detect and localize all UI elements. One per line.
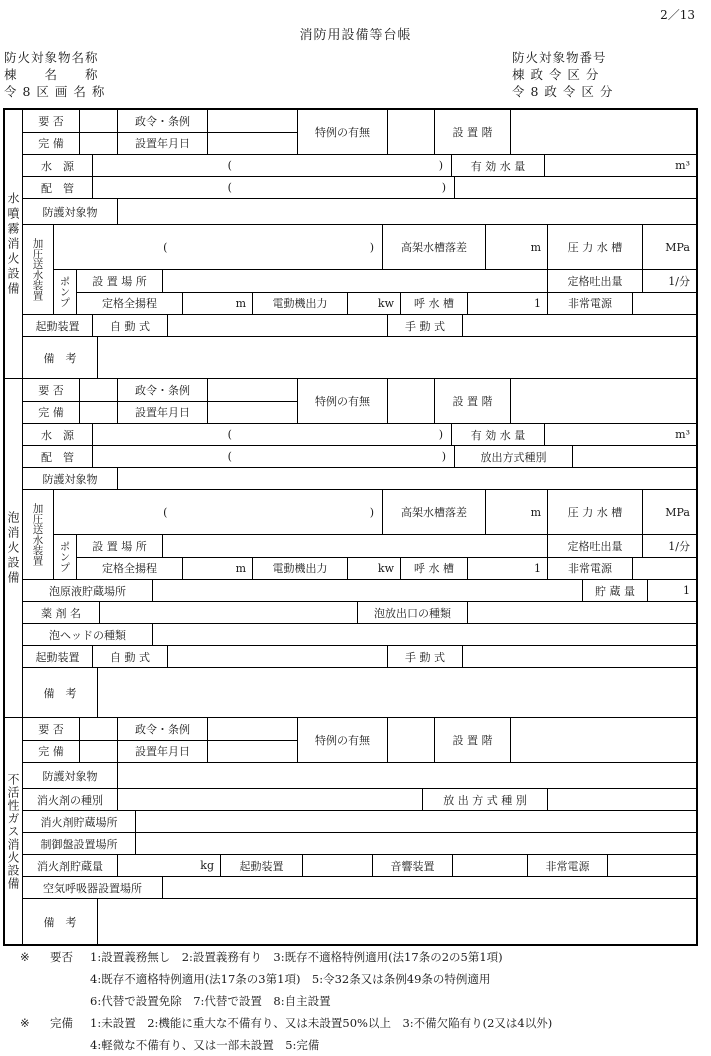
footnote-line: 4:軽微な不備有り、又は一部未設置 5:完備 — [90, 1034, 696, 1056]
atsuryoku-value: MPa — [642, 490, 696, 534]
awagenneki-label: 泡原液貯蔵場所 — [23, 580, 152, 601]
haikan-label: 配 管 — [23, 177, 92, 198]
kido-label: 起動装置 — [220, 855, 302, 876]
kanbi-label: 完 備 — [23, 740, 79, 763]
secchidate-value — [208, 132, 297, 155]
shokazai-shubetsu-label: 消火剤の種別 — [23, 789, 117, 810]
hijodengen-label: 非常電源 — [547, 558, 632, 580]
seirei-label: 政令・条例 — [118, 379, 207, 401]
secchibasho-label: 設 置 場 所 — [77, 270, 162, 292]
secchidate-value — [208, 740, 297, 763]
seirei-date-labels: 政令・条例 設置年月日 — [117, 110, 207, 154]
kanbi-value — [80, 401, 117, 424]
yakuzai-value — [99, 602, 357, 623]
zenyotei-label: 定格全揚程 — [77, 293, 182, 315]
shudo-value — [462, 646, 696, 667]
shokazai-basho-value — [135, 811, 696, 832]
hijodengen-label: 非常電源 — [547, 293, 632, 315]
footnote-line: 4:既存不適格特例適用(法17条の3第1項) 5:令32条又は条例49条の特例適… — [90, 968, 696, 990]
koka-value: m — [485, 225, 547, 269]
section-inert-gas: 不活性ガス消火設備 要 否 完 備 政令・条例 設置年月日 — [5, 717, 696, 944]
secchikai-label: 設 置 階 — [434, 718, 510, 762]
footnote-line: 1:未設置 2:機能に重大な不備有り、又は未設置50%以上 3:不備欠陥有り(2… — [90, 1012, 696, 1034]
kaatsu-value: ( ) — [54, 225, 382, 269]
rei8-ordinance-class-label: 令 8 政 令 区 分 — [512, 83, 613, 100]
section-water-spray: 水噴霧消火設備 要 否 完 備 政令・条例 設置年月日 — [5, 110, 696, 378]
seirei-date-labels: 政令・条例 設置年月日 — [117, 718, 207, 762]
chozoryo-value: 1 — [647, 580, 696, 601]
awahead-label: 泡ヘッドの種類 — [23, 624, 152, 645]
secchidate-label: 設置年月日 — [118, 740, 207, 763]
paren-open: ( — [228, 450, 232, 463]
seirei-date-values — [207, 110, 297, 154]
bogo-value — [117, 763, 696, 788]
paren-open: ( — [228, 428, 232, 441]
section-title-foam: 泡消火設備 — [5, 379, 23, 717]
seirei-date-labels: 政令・条例 設置年月日 — [117, 379, 207, 423]
kido-label: 起動装置 — [23, 315, 92, 336]
dendoki-value: kw — [347, 558, 400, 580]
equipment-table: 水噴霧消火設備 要 否 完 備 政令・条例 設置年月日 — [3, 108, 698, 946]
haikan-label: 配 管 — [23, 446, 92, 467]
kosuiso-value: 1 — [467, 293, 547, 315]
property-number-label: 防火対象物番号 — [512, 49, 613, 66]
koka-label: 高架水槽落差 — [382, 490, 485, 534]
kome-mark: ※ — [20, 946, 50, 968]
paren-close: ) — [370, 241, 374, 254]
toshutsu-value: 1/分 — [642, 270, 696, 292]
footnotes: ※ 要否 1:設置義務無し 2:設置義務有り 3:既存不適格特例適用(法17条の… — [20, 946, 696, 1056]
footnote-kanbi: ※ 完備 1:未設置 2:機能に重大な不備有り、又は未設置50%以上 3:不備欠… — [20, 1012, 696, 1056]
tokurei-label: 特例の有無 — [297, 718, 387, 762]
header-right: 防火対象物番号 棟 政 令 区 分 令 8 政 令 区 分 — [512, 49, 613, 100]
dendoki-value: kw — [347, 293, 400, 315]
paren-open: ( — [228, 181, 232, 194]
footnote-term: 要否 — [50, 946, 90, 968]
biko-label: 備 考 — [23, 337, 97, 378]
koka-value: m — [485, 490, 547, 534]
paren-open: ( — [163, 506, 167, 519]
secchikai-value — [510, 379, 696, 423]
kaatsu-label: 加圧送水装置 — [23, 225, 54, 314]
pump-label: ポンプ — [54, 535, 77, 579]
building-ordinance-class-label: 棟 政 令 区 分 — [512, 66, 613, 83]
biko-value — [97, 668, 696, 717]
jido-label: 自 動 式 — [92, 646, 167, 667]
atsuryoku-label: 圧 力 水 槽 — [547, 225, 642, 269]
hijodengen-value — [607, 855, 696, 876]
building-name-label: 棟 名 称 — [4, 66, 105, 83]
yukosuiryo-value: m³ — [544, 155, 696, 176]
secchidate-label: 設置年月日 — [118, 401, 207, 424]
kosuiso-label: 呼 水 槽 — [400, 293, 467, 315]
secchikai-value — [510, 110, 696, 154]
yohi-kanbi-labels: 要 否 完 備 — [23, 379, 79, 423]
paren-close: ) — [439, 159, 443, 172]
footnote-yohi: ※ 要否 1:設置義務無し 2:設置義務有り 3:既存不適格特例適用(法17条の… — [20, 946, 696, 1012]
kanbi-label: 完 備 — [23, 401, 79, 424]
bogo-label: 防護対象物 — [23, 468, 117, 489]
onkyo-label: 音響装置 — [372, 855, 452, 876]
seigyoban-label: 制御盤設置場所 — [23, 833, 135, 854]
seirei-date-values — [207, 379, 297, 423]
hoshutsu-value — [572, 446, 696, 467]
shudo-value — [462, 315, 696, 336]
kanbi-value — [80, 740, 117, 763]
yohi-kanbi-values — [79, 379, 117, 423]
shokazai-basho-label: 消火剤貯蔵場所 — [23, 811, 135, 832]
tokurei-label: 特例の有無 — [297, 110, 387, 154]
hoshutsu-label: 放出方式種別 — [454, 446, 572, 467]
shokazai-shubetsu-value — [117, 789, 422, 810]
awahead-value — [152, 624, 696, 645]
biko-label: 備 考 — [23, 899, 97, 944]
awahoshutsu-value — [467, 602, 696, 623]
shudo-label: 手 動 式 — [387, 315, 462, 336]
hijodengen-value — [632, 293, 696, 315]
secchibasho-value — [162, 270, 547, 292]
jido-value — [167, 315, 387, 336]
jido-label: 自 動 式 — [92, 315, 167, 336]
biko-value — [97, 899, 696, 944]
hijodengen-value — [632, 558, 696, 580]
atsuryoku-label: 圧 力 水 槽 — [547, 490, 642, 534]
bogo-label: 防護対象物 — [23, 763, 117, 788]
kuki-label: 空気呼吸器設置場所 — [23, 877, 162, 898]
suigen-value: ( ) — [92, 155, 451, 176]
property-name-label: 防火対象物名称 — [4, 49, 105, 66]
secchikai-label: 設 置 階 — [434, 379, 510, 423]
suigen-label: 水 源 — [23, 155, 92, 176]
bogo-value — [117, 199, 696, 224]
onkyo-value — [452, 855, 527, 876]
biko-value — [97, 337, 696, 378]
yohi-kanbi-labels: 要 否 完 備 — [23, 718, 79, 762]
yohi-label: 要 否 — [23, 110, 79, 132]
bogo-value — [117, 468, 696, 489]
yohi-kanbi-values — [79, 718, 117, 762]
hoshutsu-shubetsu-value — [547, 789, 696, 810]
yohi-value — [80, 110, 117, 132]
paren-close: ) — [442, 450, 446, 463]
zenyotei-label: 定格全揚程 — [77, 558, 182, 580]
tokurei-value — [387, 379, 434, 423]
footnote-line: 6:代替で設置免除 7:代替で設置 8:自主設置 — [90, 990, 696, 1012]
yakuzai-label: 薬 剤 名 — [23, 602, 99, 623]
dendoki-label: 電動機出力 — [252, 558, 347, 580]
kome-mark: ※ — [20, 1012, 50, 1034]
chozoryo-label: 貯 蔵 量 — [582, 580, 647, 601]
zenyotei-value: m — [182, 558, 252, 580]
section-foam: 泡消火設備 要 否 完 備 政令・条例 設置年月日 — [5, 378, 696, 717]
zenyotei-value: m — [182, 293, 252, 315]
header-left: 防火対象物名称 棟 名 称 令 8 区 画 名 称 — [4, 49, 105, 100]
atsuryoku-value: MPa — [642, 225, 696, 269]
haikan-extra — [454, 177, 696, 198]
tokurei-label: 特例の有無 — [297, 379, 387, 423]
yukosuiryo-label: 有 効 水 量 — [451, 424, 544, 445]
secchidate-value — [208, 401, 297, 424]
tokurei-value — [387, 110, 434, 154]
suigen-value: ( ) — [92, 424, 451, 445]
tokurei-value — [387, 718, 434, 762]
yohi-label: 要 否 — [23, 718, 79, 740]
kanbi-value — [80, 132, 117, 155]
page-number: 2／13 — [660, 6, 695, 23]
kosuiso-label: 呼 水 槽 — [400, 558, 467, 580]
paren-open: ( — [228, 159, 232, 172]
seirei-label: 政令・条例 — [118, 718, 207, 740]
jido-value — [167, 646, 387, 667]
bogo-label: 防護対象物 — [23, 199, 117, 224]
toshutsu-value: 1/分 — [642, 535, 696, 557]
section-title-water-spray: 水噴霧消火設備 — [5, 110, 23, 378]
seirei-label: 政令・条例 — [118, 110, 207, 132]
biko-label: 備 考 — [23, 668, 97, 717]
yukosuiryo-label: 有 効 水 量 — [451, 155, 544, 176]
footnote-term: 完備 — [50, 1012, 90, 1034]
kido-value — [302, 855, 372, 876]
paren-close: ) — [442, 181, 446, 194]
suigen-label: 水 源 — [23, 424, 92, 445]
haikan-value: ( ) — [92, 177, 454, 198]
secchibasho-label: 設 置 場 所 — [77, 535, 162, 557]
footnote-lines: 1:未設置 2:機能に重大な不備有り、又は未設置50%以上 3:不備欠陥有り(2… — [90, 1012, 696, 1056]
kosuiso-value: 1 — [467, 558, 547, 580]
secchikai-label: 設 置 階 — [434, 110, 510, 154]
page-title: 消防用設備等台帳 — [0, 24, 711, 43]
rei8-section-name-label: 令 8 区 画 名 称 — [4, 83, 105, 100]
shokazai-ryo-value: kg — [117, 855, 220, 876]
yohi-label: 要 否 — [23, 379, 79, 401]
seigyoban-value — [135, 833, 696, 854]
yohi-value — [80, 379, 117, 401]
shokazai-ryo-label: 消火剤貯蔵量 — [23, 855, 117, 876]
paren-close: ) — [370, 506, 374, 519]
section-title-inert-gas: 不活性ガス消火設備 — [5, 718, 23, 944]
secchikai-value — [510, 718, 696, 762]
secchidate-label: 設置年月日 — [118, 132, 207, 155]
hoshutsu-shubetsu-label: 放 出 方 式 種 別 — [422, 789, 547, 810]
secchibasho-value — [162, 535, 547, 557]
yohi-value — [80, 718, 117, 740]
seirei-value — [208, 718, 297, 740]
awahoshutsu-label: 泡放出口の種類 — [357, 602, 467, 623]
koka-label: 高架水槽落差 — [382, 225, 485, 269]
kanbi-label: 完 備 — [23, 132, 79, 155]
kuki-value — [162, 877, 696, 898]
yohi-kanbi-values — [79, 110, 117, 154]
footnote-line: 1:設置義務無し 2:設置義務有り 3:既存不適格特例適用(法17条の2の5第1… — [90, 946, 696, 968]
kaatsu-value: ( ) — [54, 490, 382, 534]
shudo-label: 手 動 式 — [387, 646, 462, 667]
seirei-date-values — [207, 718, 297, 762]
paren-open: ( — [163, 241, 167, 254]
hijodengen-label: 非常電源 — [527, 855, 607, 876]
kaatsu-label: 加圧送水装置 — [23, 490, 54, 579]
paren-close: ) — [439, 428, 443, 441]
yukosuiryo-value: m³ — [544, 424, 696, 445]
awagenneki-value — [152, 580, 582, 601]
seirei-value — [208, 379, 297, 401]
footnote-lines: 1:設置義務無し 2:設置義務有り 3:既存不適格特例適用(法17条の2の5第1… — [90, 946, 696, 1012]
dendoki-label: 電動機出力 — [252, 293, 347, 315]
pump-label: ポンプ — [54, 270, 77, 314]
toshutsu-label: 定格吐出量 — [547, 270, 642, 292]
toshutsu-label: 定格吐出量 — [547, 535, 642, 557]
haikan-value: ( ) — [92, 446, 454, 467]
seirei-value — [208, 110, 297, 132]
kido-label: 起動装置 — [23, 646, 92, 667]
yohi-kanbi-labels: 要 否 完 備 — [23, 110, 79, 154]
